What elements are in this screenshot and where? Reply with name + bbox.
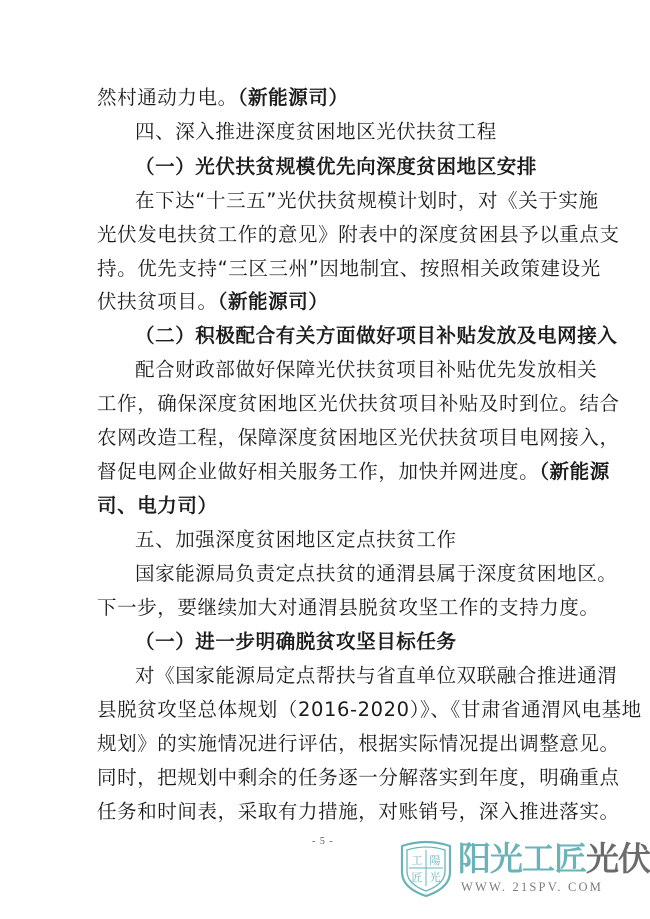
watermark-title-gray: 光伏网 [586,839,650,878]
svg-text:匠: 匠 [412,871,423,884]
paragraph-line: 同时，把规划中剩余的任务逐一分解落实到年度，明确重点 [97,766,552,790]
paragraph-line: 规划》的实施情况进行评估，根据实际情况提出调整意见。 [97,732,552,756]
paragraph-line: 任务和时间表，采取有力措施，对账销号，深入推进落实。 [97,800,552,824]
subheading-4-1: （一）光伏扶贫规模优先向深度贫困地区安排 [135,155,552,179]
department-note-line: 司、电力司） [97,494,552,518]
department-note: （新能源司） [238,86,349,109]
line-text: 伏扶贫项目。 [97,290,218,313]
watermark-url: WWW. 21SPV. COM [461,880,603,895]
section-heading-4: 四、深入推进深度贫困地区光伏扶贫工程 [135,120,552,144]
line-text: 然村通动力电。 [97,86,238,109]
paragraph-line: 农网改造工程，保障深度贫困地区光伏扶贫项目电网接入， [97,426,552,450]
department-note: （新能源司） [218,290,329,313]
subheading-5-1: （一）进一步明确脱贫攻坚目标任务 [135,630,552,654]
watermark-title-teal: 阳光工匠 [458,839,586,878]
section-heading-5: 五、加强深度贫困地区定点扶贫工作 [135,528,552,552]
svg-text:工: 工 [412,854,423,867]
paragraph-line: 持。优先支持“三区三州”因地制宜、按照相关政策建设光 [97,257,552,281]
watermark-shield-icon: 工 陽 匠 光 [398,840,454,898]
paragraph-line: 督促电网企业做好相关服务工作，加快并网进度。（新能源 [97,460,552,484]
svg-text:陽: 陽 [430,854,441,867]
paragraph-line: 在下达“十三五”光伏扶贫规模计划时，对《关于实施 [135,189,552,213]
watermark-title: 阳光工匠光伏网 [458,839,650,879]
paragraph-line: 工作，确保深度贫困地区光伏扶贫项目补贴及时到位。结合 [97,392,552,416]
paragraph-line: 配合财政部做好保障光伏扶贫项目补贴优先发放相关 [135,358,552,382]
document-page: 然村通动力电。（新能源司） 四、深入推进深度贫困地区光伏扶贫工程 （一）光伏扶贫… [0,0,650,919]
svg-text:光: 光 [430,870,441,884]
paragraph-line: 伏扶贫项目。（新能源司） [97,290,552,314]
paragraph-line: 县脱贫攻坚总体规划（2016-2020）》、《甘肃省通渭风电基地 [97,698,552,722]
subheading-4-2: （二）积极配合有关方面做好项目补贴发放及电网接入 [135,324,552,348]
page-number: - 5 - [312,836,334,847]
paragraph-line: 下一步，要继续加大对通渭县脱贫攻坚工作的支持力度。 [97,596,552,620]
paragraph-line: 然村通动力电。（新能源司） [97,86,552,110]
paragraph-line: 光伏发电扶贫工作的意见》附表中的深度贫困县予以重点支 [97,223,552,247]
line-text: 督促电网企业做好相关服务工作，加快并网进度。 [97,460,539,483]
paragraph-line: 对《国家能源局定点帮扶与省直单位双联融合推进通渭 [135,664,552,688]
paragraph-line: 国家能源局负责定点扶贫的通渭县属于深度贫困地区。 [135,562,552,586]
department-note: （新能源 [539,460,610,483]
